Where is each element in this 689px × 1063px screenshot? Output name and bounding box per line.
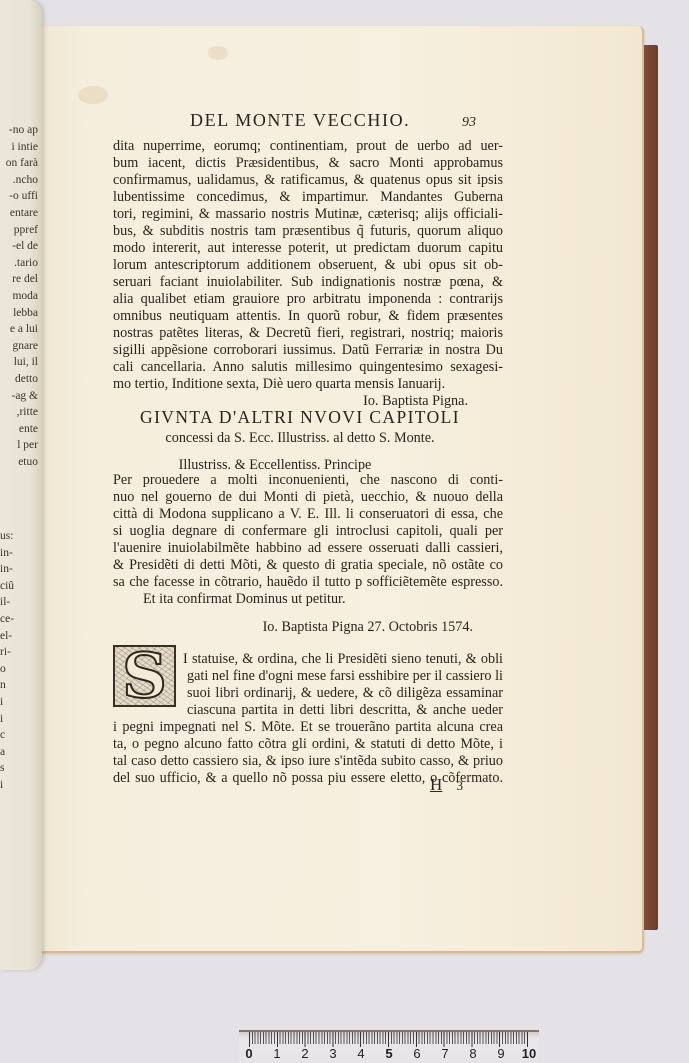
text-line: & Presidẽti di detti Mõti, & questo di g…	[113, 557, 503, 574]
text-fragment: ritte,	[0, 404, 38, 421]
text-line: I statuise, & ordina, che li Presidẽti s…	[183, 651, 503, 668]
text-fragment: i intie	[0, 139, 38, 156]
text-fragment: re del	[0, 271, 38, 288]
text-fragment: ppref	[0, 222, 38, 239]
text-fragment: il-	[0, 594, 14, 611]
text-fragment: on farà	[0, 155, 38, 172]
text-fragment: & ag-	[0, 388, 38, 405]
signature-letter: H	[430, 775, 442, 794]
text-line: alia qualibet etiam grauiore pro arbitra…	[113, 291, 503, 308]
text-fragment: etuo	[0, 454, 38, 471]
ruler-labels: 0 1 2 3 4 5 6 7 8 9 10	[243, 1046, 539, 1063]
text-line: bum iacent, dictis Præsidentibus, & sacr…	[113, 155, 503, 172]
woodcut-initial: S	[113, 645, 176, 707]
text-fragment: in-	[0, 545, 14, 562]
text-fragment: lui, il	[0, 354, 38, 371]
ruler-major-ticks	[249, 1032, 529, 1047]
salutation: Illustriss. & Eccellentiss. Principe	[115, 457, 435, 474]
foxing-spot	[78, 86, 108, 104]
text-fragment: i	[0, 694, 14, 711]
section-subtitle: concessi da S. Ecc. Illustriss. al detto…	[95, 430, 505, 447]
text-fragment: tario.	[0, 255, 38, 272]
confirmation-line: Et ita confirmat Dominus ut petitur.	[143, 591, 346, 608]
text-line: ciascuna partita in detti libri descritt…	[187, 702, 503, 719]
text-line: i pegni impegnati nel S. Mõte. Et se tro…	[113, 719, 503, 736]
text-line: confirmamus, ualidamus, & ratificamus, &…	[113, 172, 503, 189]
text-line: sa che facesse in cõtrario, hauẽdo il tu…	[113, 574, 503, 591]
text-fragment: entare	[0, 205, 38, 222]
text-line: lorum antescriptorum additionem obseruen…	[113, 257, 503, 274]
text-fragment: no ap-	[0, 122, 38, 139]
text-fragment: o uffi-	[0, 188, 38, 205]
text-line: nostras patẽtes literas, & Decretũ fieri…	[113, 325, 503, 342]
page-number: 93	[462, 115, 476, 131]
ruler-label: 10	[522, 1046, 536, 1061]
text-fragment: el-	[0, 628, 14, 645]
ruler-label: 0	[245, 1046, 252, 1061]
left-page-text-lower: us: in- in- ciû il- ce- el- ri- o n i i …	[0, 528, 14, 794]
text-line: mo tertio, Inditione sexta, Diè uero qua…	[113, 376, 473, 393]
initial-letter: S	[122, 645, 167, 707]
left-page-text-upper: no ap- i intie on farà ncho. o uffi- ent…	[0, 122, 38, 470]
running-head: DEL MONTE VECCHIO.	[190, 110, 410, 131]
text-line: dita nuperrime, eorumq; continentiam, pr…	[113, 138, 503, 155]
text-fragment: n	[0, 677, 14, 694]
text-fragment: ce-	[0, 611, 14, 628]
text-line: omnibus neutiquam attentis. In quorũ rob…	[113, 308, 503, 325]
text-fragment: s	[0, 760, 14, 777]
text-line: l'auenire inuiolabilmẽte habbino ad esse…	[113, 540, 503, 557]
ruler-label: 1	[273, 1046, 280, 1061]
ruler-label: 3	[329, 1046, 336, 1061]
text-fragment: moda	[0, 288, 38, 305]
ruler-label: 8	[469, 1046, 476, 1061]
text-line: nuo nel gouerno de dui Monti di pietà, u…	[113, 489, 503, 506]
text-line: modo intererit, aut interesse poterit, u…	[113, 240, 503, 257]
text-line: bus, & subditis nostris tam præsentibus …	[113, 223, 503, 240]
text-fragment: i	[0, 711, 14, 728]
signature-date: Io. Baptista Pigna 27. Octobris 1574.	[113, 619, 473, 636]
text-line: suoi libri ordinarij, & uedere, & cõ dil…	[187, 685, 503, 702]
text-line: sigilli appẽsione corroborari iussimus. …	[113, 342, 503, 359]
ruler-label: 2	[301, 1046, 308, 1061]
printer-signature-mark: H 3	[430, 775, 463, 795]
scale-ruler: 0 1 2 3 4 5 6 7 8 9 10	[239, 1030, 539, 1063]
text-fragment: el de-	[0, 238, 38, 255]
signature-number: 3	[457, 778, 464, 793]
text-fragment: c	[0, 727, 14, 744]
ruler-label: 6	[413, 1046, 420, 1061]
text-line: tal caso detto cassiero sia, & ipso iure…	[113, 753, 503, 770]
text-fragment: in-	[0, 561, 14, 578]
foxing-spot	[208, 46, 228, 60]
text-fragment: e a lui	[0, 321, 38, 338]
left-page-edge: no ap- i intie on farà ncho. o uffi- ent…	[0, 0, 42, 970]
text-fragment: i	[0, 777, 14, 794]
text-fragment: ciû	[0, 578, 14, 595]
text-fragment: o	[0, 661, 14, 678]
text-line: tori, regimini, & massario nostris Mutin…	[113, 206, 503, 223]
page-header: DEL MONTE VECCHIO. 93	[190, 110, 490, 132]
ruler-label: 9	[497, 1046, 504, 1061]
text-fragment: lebba	[0, 305, 38, 322]
text-fragment: gnare	[0, 338, 38, 355]
ruler-label: 4	[357, 1046, 364, 1061]
ruler-label: 5	[385, 1046, 392, 1061]
text-fragment: us:	[0, 528, 14, 545]
text-fragment: detto	[0, 371, 38, 388]
text-line: ta, o pegno alcuno fatto cõtra gli ordin…	[113, 736, 503, 753]
section-title: GIVNTA D'ALTRI NVOVI CAPITOLI	[95, 407, 505, 428]
text-fragment: ri-	[0, 644, 14, 661]
text-fragment: a	[0, 744, 14, 761]
text-line: seruari faciant inuiolabiliter. Sub indi…	[113, 274, 503, 291]
text-fragment: l per	[0, 437, 38, 454]
text-line: gati nel fine d'ogni mese farsi esshibir…	[187, 668, 503, 685]
text-line: città di Modona supplicano a V. E. Ill. …	[113, 506, 503, 523]
text-line: si uoglia degnare di confermare gli intr…	[113, 523, 503, 540]
text-line: Per prouedere a molti inconuenienti, che…	[113, 472, 503, 489]
text-line: lubentissime concedimus, & impartimur. M…	[113, 189, 503, 206]
ruler-label: 7	[441, 1046, 448, 1061]
text-fragment: ente	[0, 421, 38, 438]
text-fragment: ncho.	[0, 172, 38, 189]
text-line: cali cancellaria. Anno salutis millesimo…	[113, 359, 503, 376]
